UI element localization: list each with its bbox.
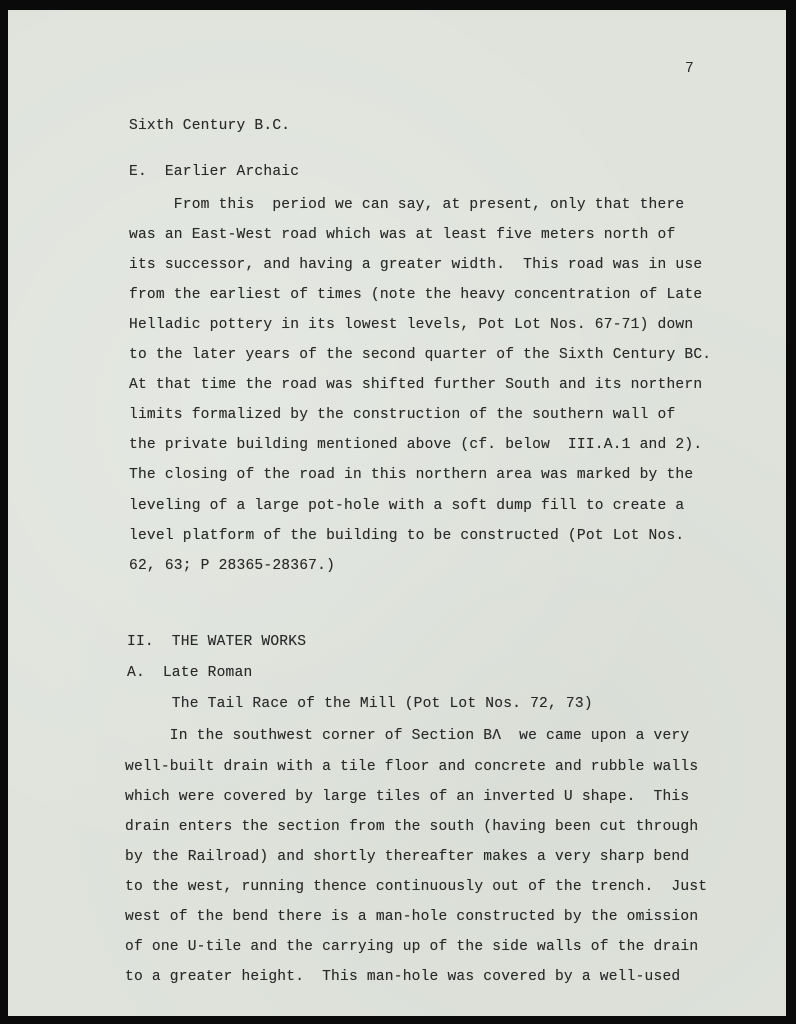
section-e-line: The closing of the road in this northern… (129, 466, 693, 484)
section-ii-line: of one U-tile and the carrying up of the… (125, 938, 698, 956)
period-heading: Sixth Century B.C. (129, 117, 290, 135)
section-ii-subheading: A. Late Roman (127, 664, 252, 682)
section-e-line: At that time the road was shifted furthe… (129, 376, 702, 394)
section-ii-line: well-built drain with a tile floor and c… (125, 758, 698, 776)
section-ii-heading: II. THE WATER WORKS (127, 633, 306, 651)
typewritten-page: 7 Sixth Century B.C. E. Earlier Archaic … (8, 10, 786, 1016)
section-e-line: limits formalized by the construction of… (129, 406, 675, 424)
section-e-line: was an East-West road which was at least… (129, 226, 675, 244)
section-e-line: level platform of the building to be con… (129, 527, 684, 545)
section-ii-line: by the Railroad) and shortly thereafter … (125, 848, 689, 866)
section-ii-line: to a greater height. This man-hole was c… (125, 968, 680, 986)
page-number: 7 (685, 60, 694, 78)
section-ii-line: to the west, running thence continuously… (125, 878, 707, 896)
section-e-line: Helladic pottery in its lowest levels, P… (129, 316, 693, 334)
section-ii-line: In the southwest corner of Section BΛ we… (125, 727, 689, 745)
section-e-line: the private building mentioned above (cf… (129, 436, 702, 454)
section-ii-line: west of the bend there is a man-hole con… (125, 908, 698, 926)
section-e-line: From this period we can say, at present,… (129, 196, 684, 214)
section-ii-line: drain enters the section from the south … (125, 818, 698, 836)
section-e-heading: E. Earlier Archaic (129, 163, 299, 181)
section-ii-subtitle: The Tail Race of the Mill (Pot Lot Nos. … (127, 695, 593, 713)
section-e-line: 62, 63; P 28365-28367.) (129, 557, 335, 575)
section-e-line: leveling of a large pot-hole with a soft… (129, 497, 684, 515)
section-e-line: its successor, and having a greater widt… (129, 256, 702, 274)
section-e-line: to the later years of the second quarter… (129, 346, 711, 364)
section-e-line: from the earliest of times (note the hea… (129, 286, 702, 304)
section-ii-line: which were covered by large tiles of an … (125, 788, 689, 806)
